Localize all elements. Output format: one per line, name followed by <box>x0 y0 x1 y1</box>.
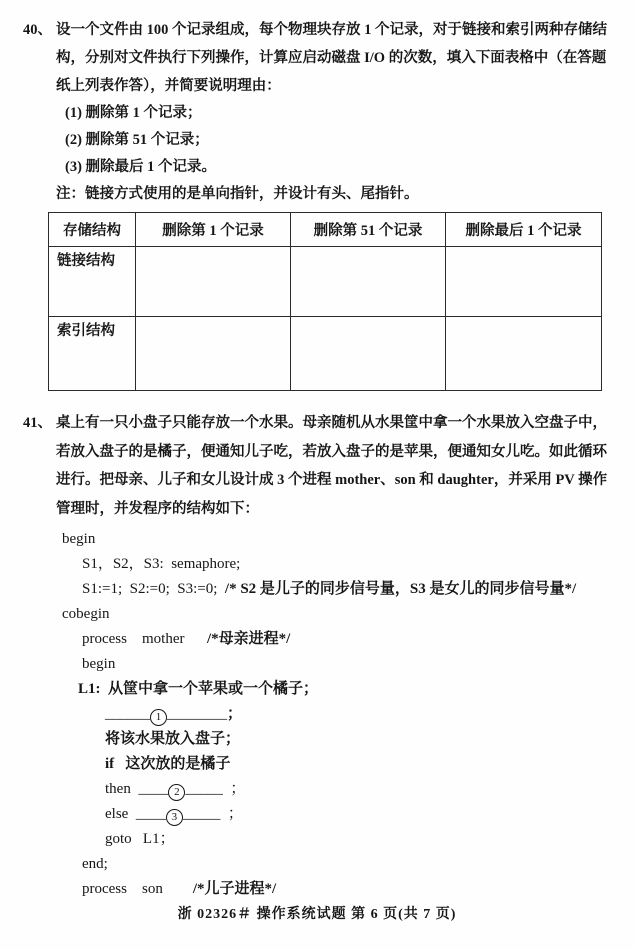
code-text: process son <box>82 881 193 897</box>
question-40-number: 40、 <box>23 16 56 44</box>
blank-underline: then ____ <box>105 781 168 797</box>
blank-underline: ________ <box>167 706 227 722</box>
table-cell-empty <box>291 247 446 317</box>
code-comment: /* S2 是儿子的同步信号量，S3 是女儿的同步信号量*/ <box>225 581 576 597</box>
circled-number-2: 2 <box>168 784 185 801</box>
code-line-process-mother: process mother /*母亲进程*/ <box>62 627 614 652</box>
circled-number-3: 3 <box>166 809 183 826</box>
row-label-linked: 链接结构 <box>49 247 136 317</box>
question-41-line: 管理时，并发程序的结构如下： <box>56 495 614 524</box>
code-text: process mother <box>82 631 207 647</box>
page-footer: 浙 02326＃ 操作系统试题 第 6 页(共 7 页) <box>0 903 634 923</box>
question-40: 40、 设一个文件由 100 个记录组成，每个物理块存放 1 个记录，对于链接和… <box>23 16 614 391</box>
table-cell-empty <box>446 317 602 391</box>
code-line-put-fruit: 将该水果放入盘子； <box>62 727 614 752</box>
question-41-line: 进行。把母亲、儿子和女儿设计成 3 个进程 mother、son 和 daugh… <box>56 466 614 495</box>
table-header-delete-first: 删除第 1 个记录 <box>136 213 291 247</box>
question-41-number: 41、 <box>23 409 56 437</box>
question-40-line: 纸上列表作答），并简要说明理由： <box>56 72 614 100</box>
code-line-end: end; <box>62 852 614 877</box>
code-line-semaphore-decl: S1，S2，S3: semaphore; <box>62 552 614 577</box>
question-40-body: 设一个文件由 100 个记录组成，每个物理块存放 1 个记录，对于链接和索引两种… <box>56 16 614 391</box>
table-cell-empty <box>136 317 291 391</box>
code-line-blank-1: ______1________； <box>62 702 614 727</box>
blank-underline: _____ <box>183 806 221 822</box>
table-cell-empty <box>136 247 291 317</box>
table-cell-empty <box>291 317 446 391</box>
table-cell-empty <box>446 247 602 317</box>
code-block: begin S1，S2，S3: semaphore; S1:=1; S2:=0;… <box>23 527 614 902</box>
question-40-item-1: (1) 删除第 1 个记录； <box>56 100 614 127</box>
code-line-l1-label: L1: 从筐中拿一个苹果或一个橘子； <box>62 677 614 702</box>
code-line-blank-3: else ____3_____ ； <box>62 802 614 827</box>
question-41: 41、 桌上有一只小盘子只能存放一个水果。母亲随机从水果筐中拿一个水果放入空盘子… <box>23 409 614 523</box>
code-line-blank-2: then ____2_____ ； <box>62 777 614 802</box>
code-punctuation: ； <box>223 781 246 797</box>
blank-underline: _____ <box>185 781 223 797</box>
code-text: S1:=1; S2:=0; S3:=0; <box>82 581 225 597</box>
question-40-note: 注：链接方式使用的是单向指针，并设计有头、尾指针。 <box>56 181 614 208</box>
blank-underline: ______ <box>105 706 150 722</box>
code-line-cobegin: cobegin <box>62 602 614 627</box>
table-header-delete-last: 删除最后 1 个记录 <box>446 213 602 247</box>
code-comment: /*母亲进程*/ <box>207 631 290 647</box>
page-content: 40、 设一个文件由 100 个记录组成，每个物理块存放 1 个记录，对于链接和… <box>0 0 634 902</box>
code-line-goto: goto L1； <box>62 827 614 852</box>
code-punctuation: ； <box>220 806 243 822</box>
question-41-line: 桌上有一只小盘子只能存放一个水果。母亲随机从水果筐中拿一个水果放入空盘子中， <box>56 409 614 438</box>
code-line-process-son: process son /*儿子进程*/ <box>62 877 614 902</box>
question-40-item-3: (3) 删除最后 1 个记录。 <box>56 154 614 181</box>
question-40-line: 设一个文件由 100 个记录组成，每个物理块存放 1 个记录，对于链接和索引两种… <box>56 16 614 44</box>
table-row-index-structure: 索引结构 <box>49 317 602 391</box>
code-line-semaphore-init: S1:=1; S2:=0; S3:=0; /* S2 是儿子的同步信号量，S3 … <box>62 577 614 602</box>
code-line-mother-begin: begin <box>62 652 614 677</box>
exam-page: 40、 设一个文件由 100 个记录组成，每个物理块存放 1 个记录，对于链接和… <box>0 0 634 949</box>
question-41-line: 若放入盘子的是橘子，便通知儿子吃，若放入盘子的是苹果，便通知女儿吃。如此循环 <box>56 438 614 467</box>
question-40-item-2: (2) 删除第 51 个记录； <box>56 127 614 154</box>
table-row-linked-structure: 链接结构 <box>49 247 602 317</box>
io-count-table: 存储结构 删除第 1 个记录 删除第 51 个记录 删除最后 1 个记录 链接结… <box>48 212 602 391</box>
code-line-if-orange: if 这次放的是橘子 <box>62 752 614 777</box>
question-41-body: 桌上有一只小盘子只能存放一个水果。母亲随机从水果筐中拿一个水果放入空盘子中， 若… <box>56 409 614 523</box>
table-header-storage-structure: 存储结构 <box>49 213 136 247</box>
question-40-line: 构，分别对文件执行下列操作，计算应启动磁盘 I/O 的次数，填入下面表格中（在答… <box>56 44 614 72</box>
table-header-delete-51st: 删除第 51 个记录 <box>291 213 446 247</box>
code-comment: /*儿子进程*/ <box>193 881 276 897</box>
code-punctuation: ； <box>227 706 242 722</box>
table-header-row: 存储结构 删除第 1 个记录 删除第 51 个记录 删除最后 1 个记录 <box>49 213 602 247</box>
row-label-index: 索引结构 <box>49 317 136 391</box>
circled-number-1: 1 <box>150 709 167 726</box>
blank-underline: else ____ <box>105 806 166 822</box>
code-line-begin: begin <box>62 527 614 552</box>
